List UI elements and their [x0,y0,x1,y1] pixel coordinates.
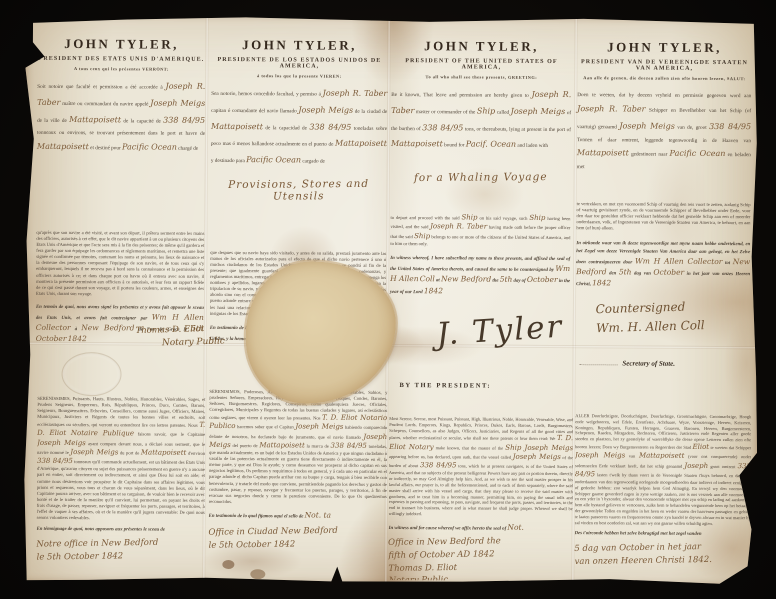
column-dutch: JOHN TYLER, PRESIDENT VAN DE VEREENIGDE … [576,39,752,290]
column-french: JOHN TYLER, PRESIDENT DES ETATS UNIS D'A… [36,36,206,346]
notary-paragraph: SERENISSIMES, Puissants, Hauts, Illustre… [37,396,206,522]
notary-witness-clause: In witness and for cause whereof we affi… [389,521,573,533]
secretary-of-state-label: Secretary of State. [622,359,675,367]
column-title: JOHN TYLER, [212,37,388,54]
notary-date-handwriting: Office in New Bedford thefifth of Octobe… [388,534,572,581]
countersigner-signature: Wm. H. Allen Coll [596,315,766,339]
column-title: JOHN TYLER, [38,36,206,53]
notary-date-handwriting: Office in Ciudad New Bedfordle 5th Octob… [208,524,386,552]
opening-paragraph: Soit notoire que faculté et permission a… [37,78,205,157]
column-subtitle: PRESIDENT DES ETATS UNIS D'AMERIQUE. [37,56,205,63]
notary-date-handwriting: Notre office in New Bedfordle 5th Octobe… [36,536,204,564]
column-subtitle: PRESIDENT VAN DE VEREENIGDE STAATEN VAN … [577,59,751,72]
body-paragraph: te vertrekken, en met zyn voornoemd Schi… [576,201,750,232]
notary-paragraph: ALLER Doorluchtigste, Doorluchtigste, Do… [575,413,752,527]
cargo-handwriting: for a Whaling Voyage [391,171,571,184]
secretary-of-state-line: Secretary of State. [580,359,756,368]
by-the-president-label: BY THE PRESIDENT: [399,382,539,390]
opening-paragraph: Sea notorio, hemos concedido facultad, y… [211,85,388,170]
countersigned-block: Countersigned Wm. H. Allen Coll [595,295,766,338]
column-title: JOHN TYLER, [392,38,572,55]
notary-paragraph: SERENISIMOS, Poderosos, Altos, Ilustres,… [209,389,388,506]
signature-rule [580,364,618,365]
opening-paragraph: Be it known, That leave and permission a… [391,86,571,154]
column-subtitle: PRESIDENT OF THE UNITED STATES OF AMERIC… [391,58,571,71]
notary-column-dutch: ALLER Doorluchtigste, Doorluchtigste, Do… [574,413,751,582]
column-english: JOHN TYLER, PRESIDENT OF THE UNITED STAT… [390,38,572,297]
sea-letter-document: JOHN TYLER, PRESIDENT DES ETATS UNIS D'A… [22,14,759,586]
photo-background: JOHN TYLER, PRESIDENT DES ETATS UNIS D'A… [0,0,776,599]
column-salutation: A tous ceux qui les présentes VERRONT: [37,66,205,72]
notary-column-spanish: SERENISIMOS, Poderosos, Altos, Ilustres,… [208,389,387,576]
embossed-seal [61,352,121,396]
notary-witness-clause: En témoignage de quoi, nous apposons aux… [37,525,205,533]
cargo-handwriting: Provisions, Stores and Utensils [211,178,387,203]
notary-column-french: SERENISSIMES, Puissants, Hauts, Illustre… [36,396,205,573]
body-paragraph: to depart and proceed with the said Ship… [390,213,570,248]
notary-witness-clause: Des t'oirconde hebben het zelve bekragti… [575,530,751,538]
torn-repair-patch [245,261,396,404]
opening-paragraph: Doen te weeten, dat by deezen vryheid en… [577,90,752,174]
witness-clause: In witness whereof, I have subscribed my… [390,255,570,297]
notary-column-english: Most Serene, Serene, most Puissant, Puis… [388,416,573,581]
witness-clause: In oirkonde waar van ik deeze tegenwoord… [576,241,750,290]
notary-date-handwriting: 5 dag van October in het jaarvan onzen H… [574,540,750,568]
column-salutation: á todos los que la presente VIEREN: [211,73,387,79]
column-salutation: Aan alle de geenen, die deezen zullen zi… [577,75,751,81]
notary-paragraph: Most Serene, Serene, most Puissant, Puis… [389,416,574,518]
column-subtitle: PRESIDENTE DE LOS ESTADOS UNIDOS DE AMER… [211,57,387,70]
column-salutation: To all who shall see these presents, GRE… [391,74,571,80]
body-paragraph: qu'après que son navire a été visité, et… [36,230,204,298]
notary-witness-clause: En testimonio de lo qual fijamos aqui el… [209,509,387,521]
column-title: JOHN TYLER, [577,39,751,56]
